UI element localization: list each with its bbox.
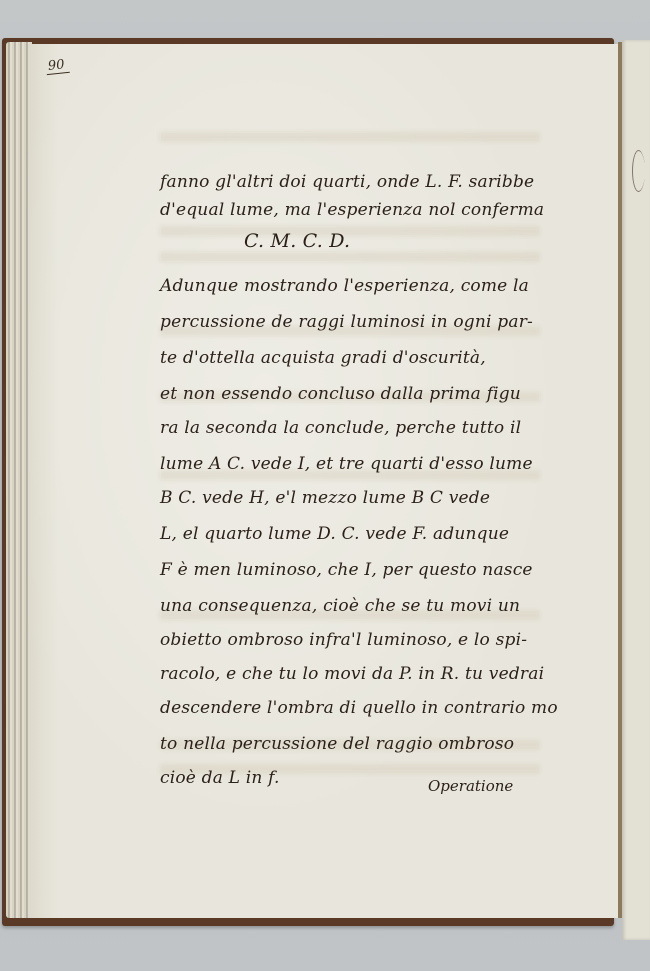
facing-page-ink-mark bbox=[632, 150, 645, 192]
text-line: B C. vede H, e'l mezzo lume B C vede bbox=[160, 488, 490, 508]
section-heading: Operatione bbox=[428, 777, 513, 795]
text-line: te d'ottella acquista gradi d'oscurità, bbox=[160, 348, 486, 368]
text-line: d'equal lume, ma l'esperienza nol confer… bbox=[160, 200, 544, 220]
text-line: fanno gl'altri doi quarti, onde L. F. sa… bbox=[160, 172, 534, 192]
text-line: to nella percussione del raggio ombroso bbox=[160, 734, 514, 754]
text-line: percussione de raggi luminosi in ogni pa… bbox=[160, 312, 533, 332]
text-line: ra la seconda la conclude, perche tutto … bbox=[160, 418, 521, 438]
text-line: lume A C. vede I, et tre quarti d'esso l… bbox=[160, 454, 533, 474]
bleed-through bbox=[160, 252, 540, 262]
text-line: descendere l'ombra di quello in contrari… bbox=[160, 698, 558, 718]
text-line: F è men luminoso, che I, per questo nasc… bbox=[160, 560, 533, 580]
text-line: L, el quarto lume D. C. vede F. adunque bbox=[160, 524, 509, 544]
bleed-through bbox=[160, 132, 540, 142]
text-line-abbreviation: C. M. C. D. bbox=[244, 230, 350, 252]
text-line: racolo, e che tu lo movi da P. in R. tu … bbox=[160, 664, 544, 684]
text-line: cioè da L in f. bbox=[160, 768, 280, 788]
text-line: et non essendo concluso dalla prima figu bbox=[160, 384, 521, 404]
text-line: una consequenza, cioè che se tu movi un bbox=[160, 596, 520, 616]
text-line: Adunque mostrando l'esperienza, come la bbox=[160, 276, 529, 296]
text-line: obietto ombroso infra'l luminoso, e lo s… bbox=[160, 630, 527, 650]
folio-number: 90 bbox=[45, 57, 69, 75]
